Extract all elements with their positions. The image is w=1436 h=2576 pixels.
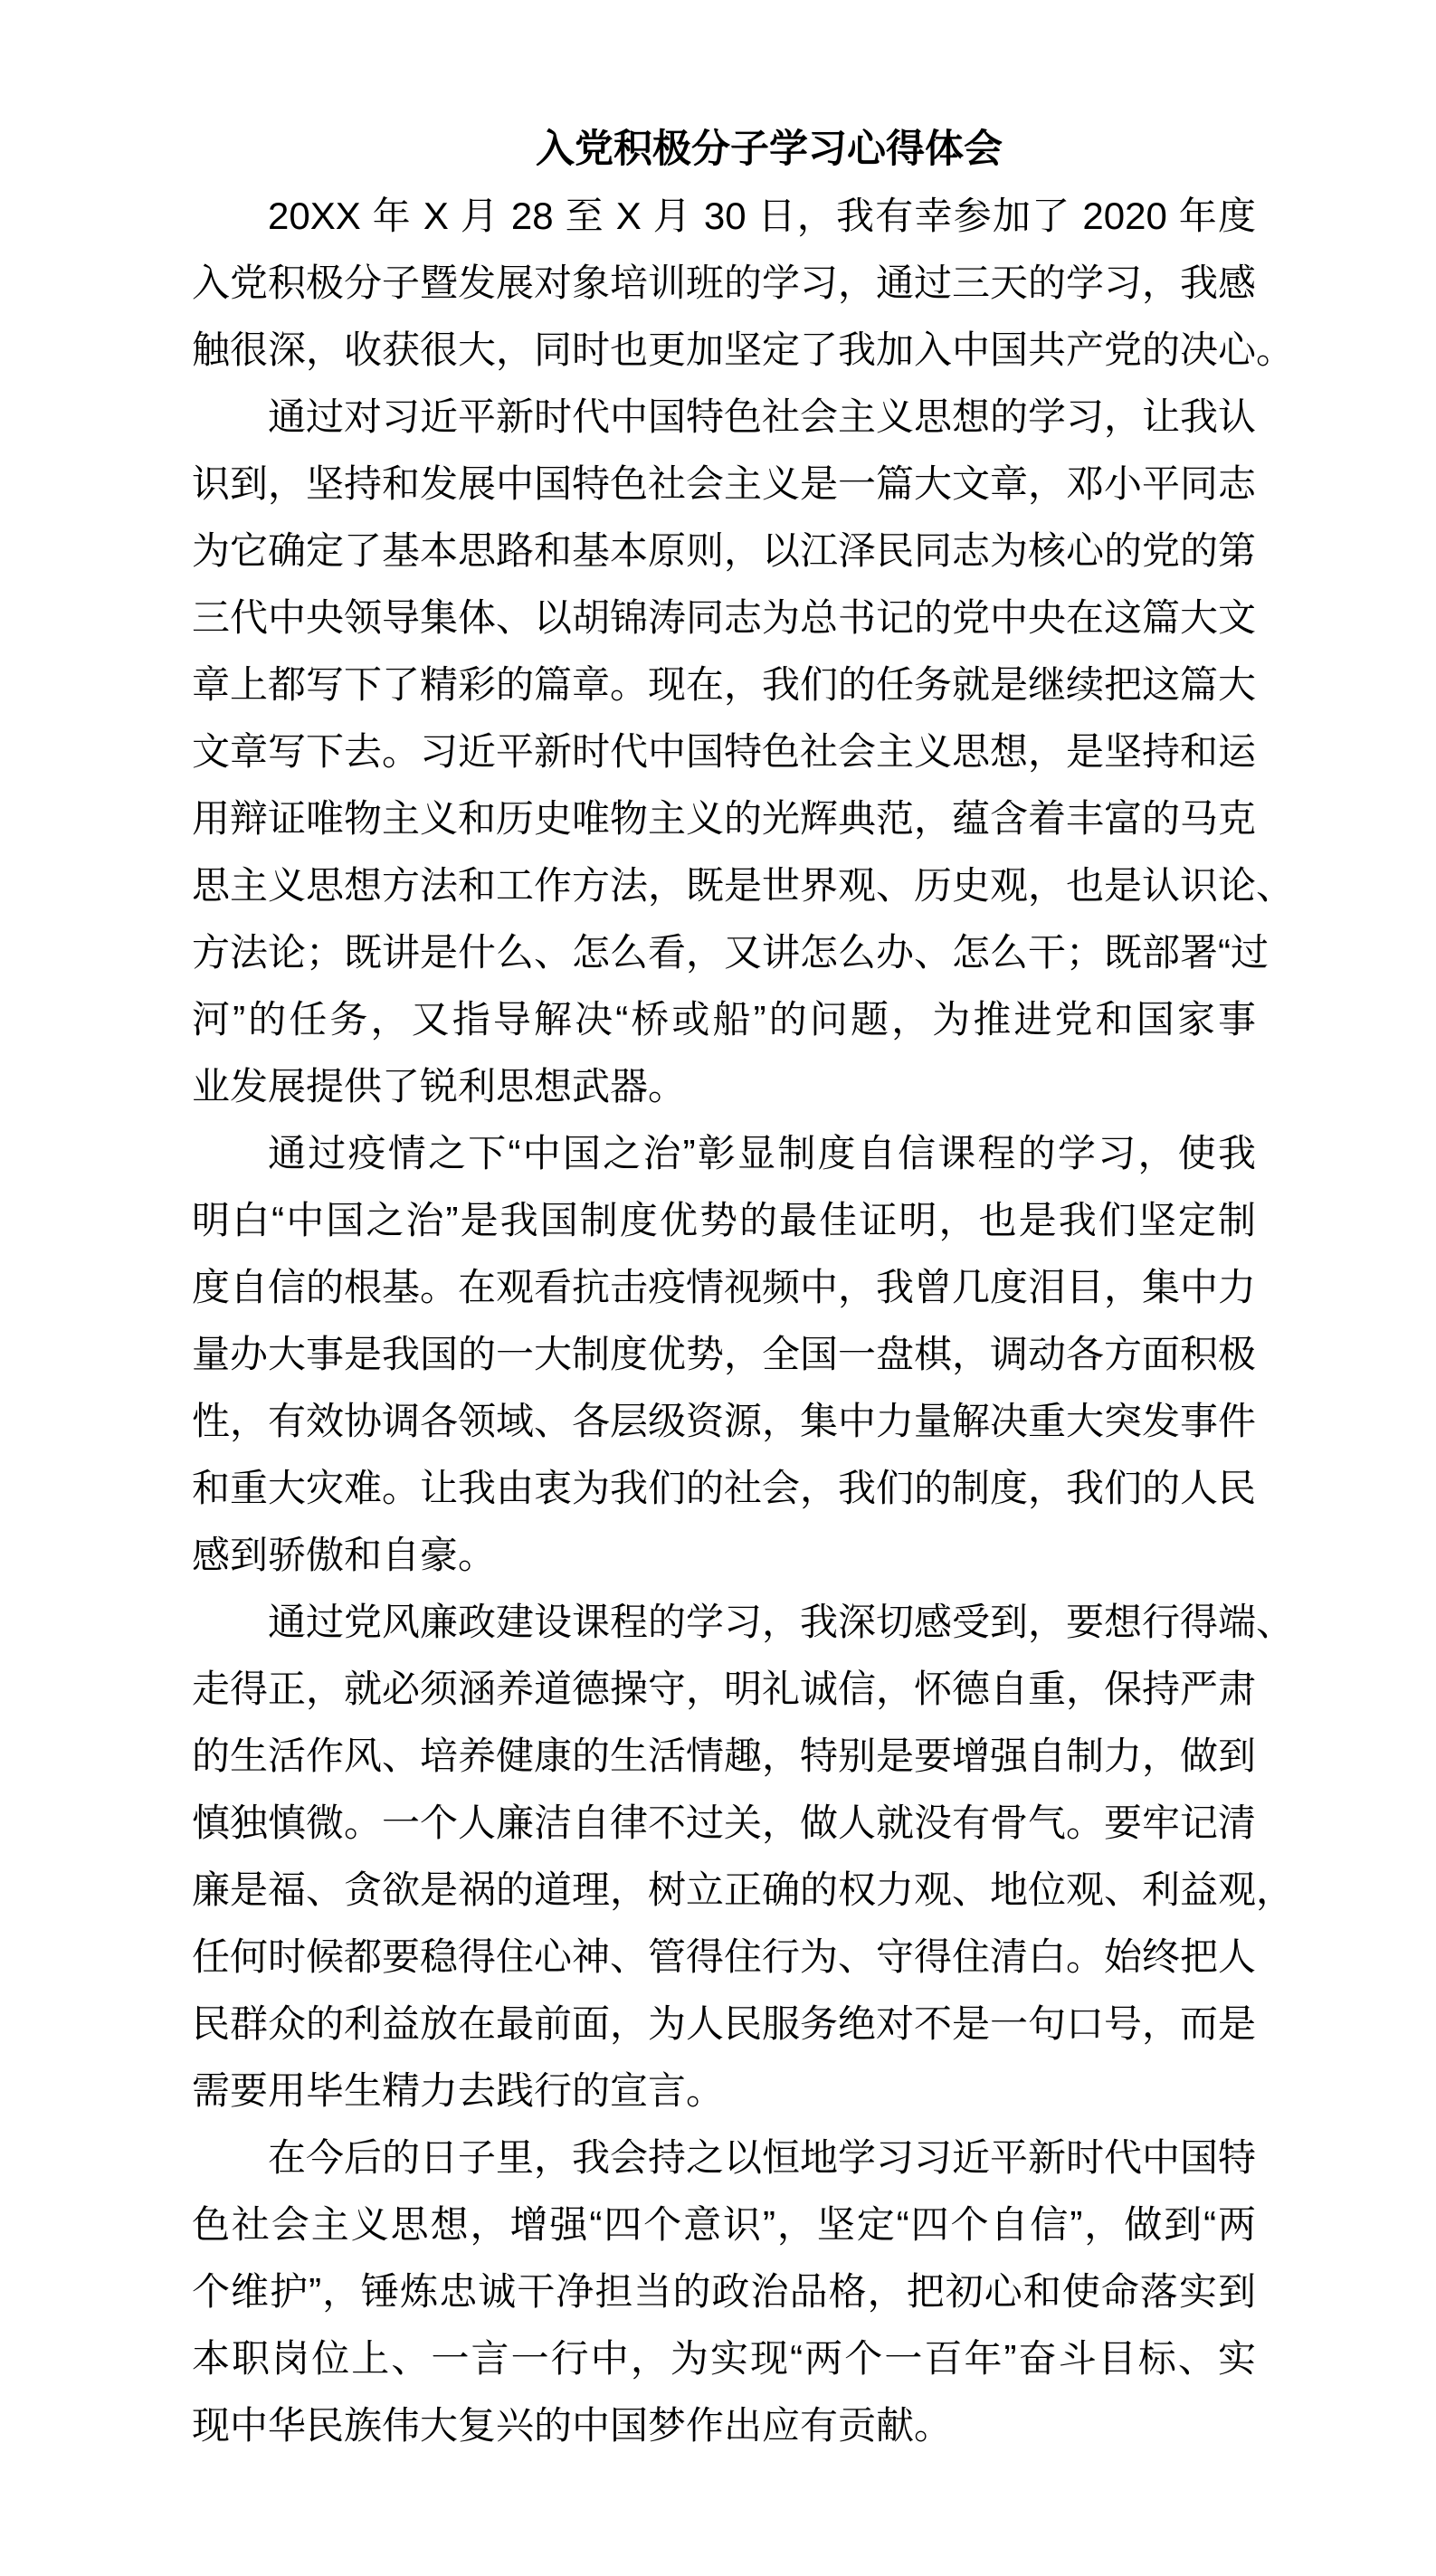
text-line: 在今后的日子里，我会持之以恒地学习习近平新时代中国特 bbox=[192, 2124, 1256, 2191]
text-line: 20XX 年 X 月 28 至 X 月 30 日，我有幸参加了 2020 年度 bbox=[192, 183, 1256, 250]
text-line: 用辩证唯物主义和历史唯物主义的光辉典范，蕴含着丰富的马克 bbox=[192, 785, 1256, 852]
text-line: 的生活作风、培养健康的生活情趣，特别是要增强自制力，做到 bbox=[192, 1723, 1256, 1790]
document-page: 入党积极分子学习心得体会 20XX 年 X 月 28 至 X 月 30 日，我有… bbox=[192, 116, 1256, 2459]
paragraph-5: 在今后的日子里，我会持之以恒地学习习近平新时代中国特 色社会主义思想，增强“四个… bbox=[192, 2124, 1256, 2459]
text-line: 思主义思想方法和工作方法，既是世界观、历史观，也是认识论、 bbox=[192, 852, 1256, 919]
paragraph-1: 20XX 年 X 月 28 至 X 月 30 日，我有幸参加了 2020 年度 … bbox=[192, 183, 1256, 384]
text-line: 感到骄傲和自豪。 bbox=[192, 1522, 1256, 1589]
text-line: 方法论；既讲是什么、怎么看，又讲怎么办、怎么干；既部署“过 bbox=[192, 919, 1256, 986]
paragraph-4: 通过党风廉政建设课程的学习，我深切感受到，要想行得端、 走得正，就必须涵养道德操… bbox=[192, 1589, 1256, 2124]
text-line: 现中华民族伟大复兴的中国梦作出应有贡献。 bbox=[192, 2392, 1256, 2459]
paragraph-2: 通过对习近平新时代中国特色社会主义思想的学习，让我认 识到，坚持和发展中国特色社… bbox=[192, 384, 1256, 1120]
paragraph-3: 通过疫情之下“中国之治”彰显制度自信课程的学习，使我 明白“中国之治”是我国制度… bbox=[192, 1120, 1256, 1589]
document-title: 入党积极分子学习心得体会 bbox=[192, 116, 1256, 183]
text-line: 识到，坚持和发展中国特色社会主义是一篇大文章，邓小平同志 bbox=[192, 451, 1256, 518]
text-line: 需要用毕生精力去践行的宣言。 bbox=[192, 2058, 1256, 2124]
text-line: 和重大灾难。让我由衷为我们的社会，我们的制度，我们的人民 bbox=[192, 1455, 1256, 1522]
text-line: 通过疫情之下“中国之治”彰显制度自信课程的学习，使我 bbox=[192, 1120, 1256, 1187]
text-line: 河”的任务，又指导解决“桥或船”的问题，为推进党和国家事 bbox=[192, 986, 1256, 1053]
text-line: 性，有效协调各领域、各层级资源，集中力量解决重大突发事件 bbox=[192, 1388, 1256, 1455]
text-line: 为它确定了基本思路和基本原则，以江泽民同志为核心的党的第 bbox=[192, 518, 1256, 585]
text-line: 业发展提供了锐利思想武器。 bbox=[192, 1053, 1256, 1120]
text-line: 明白“中国之治”是我国制度优势的最佳证明，也是我们坚定制 bbox=[192, 1187, 1256, 1254]
text-line: 章上都写下了精彩的篇章。现在，我们的任务就是继续把这篇大 bbox=[192, 651, 1256, 718]
text-line: 慎独慎微。一个人廉洁自律不过关，做人就没有骨气。要牢记清 bbox=[192, 1790, 1256, 1857]
text-line: 量办大事是我国的一大制度优势，全国一盘棋，调动各方面积极 bbox=[192, 1321, 1256, 1388]
text-line: 入党积极分子暨发展对象培训班的学习，通过三天的学习，我感 bbox=[192, 250, 1256, 317]
text-line: 三代中央领导集体、以胡锦涛同志为总书记的党中央在这篇大文 bbox=[192, 585, 1256, 651]
text-line: 度自信的根基。在观看抗击疫情视频中，我曾几度泪目，集中力 bbox=[192, 1254, 1256, 1321]
text-line: 个维护”，锤炼忠诚干净担当的政治品格，把初心和使命落实到 bbox=[192, 2258, 1256, 2325]
text-line: 走得正，就必须涵养道德操守，明礼诚信，怀德自重，保持严肃 bbox=[192, 1656, 1256, 1723]
text-line: 文章写下去。习近平新时代中国特色社会主义思想，是坚持和运 bbox=[192, 718, 1256, 785]
text-line: 通过党风廉政建设课程的学习，我深切感受到，要想行得端、 bbox=[192, 1589, 1256, 1656]
text-line: 任何时候都要稳得住心神、管得住行为、守得住清白。始终把人 bbox=[192, 1924, 1256, 1991]
text-line: 民群众的利益放在最前面，为人民服务绝对不是一句口号，而是 bbox=[192, 1991, 1256, 2058]
text-line: 通过对习近平新时代中国特色社会主义思想的学习，让我认 bbox=[192, 384, 1256, 451]
text-line: 廉是福、贪欲是祸的道理，树立正确的权力观、地位观、利益观， bbox=[192, 1857, 1256, 1924]
text-line: 本职岗位上、一言一行中，为实现“两个一百年”奋斗目标、实 bbox=[192, 2325, 1256, 2392]
text-line: 触很深，收获很大，同时也更加坚定了我加入中国共产党的决心。 bbox=[192, 317, 1256, 384]
text-line: 色社会主义思想，增强“四个意识”，坚定“四个自信”，做到“两 bbox=[192, 2191, 1256, 2258]
